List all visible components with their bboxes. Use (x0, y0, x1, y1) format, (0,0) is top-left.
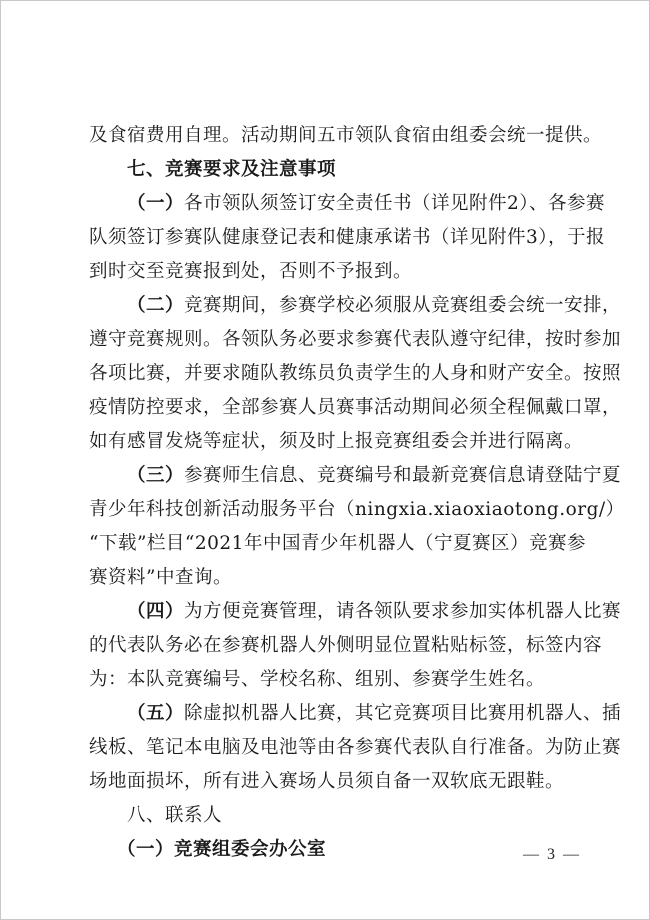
line-text: 各项比赛，并要求随队教练员负责学生的人身和财产安全。按照 (89, 357, 621, 391)
text-line: 队须签订参赛队健康登记表和健康承诺书（详见附件3），于报 (89, 221, 571, 255)
text-line: 到时交至竞赛报到处，否则不予报到。 (89, 255, 571, 289)
paragraph-start: （二）竞赛期间，参赛学校必须服从竞赛组委会统一安排， (89, 289, 571, 323)
document-page: 及食宿费用自理。活动期间五市领队食宿由组委会统一提供。 七、竞赛要求及注意事项 … (0, 0, 650, 920)
subheading-office: （一）竞赛组委会办公室 (89, 833, 571, 867)
item-label: （一） (127, 187, 184, 221)
text-line: 为：本队竞赛编号、学校名称、组别、参赛学生姓名。 (89, 663, 571, 697)
subheading-text: （一）竞赛组委会办公室 (117, 833, 326, 867)
item-label: （五） (127, 697, 184, 731)
section-heading-8: 八、联系人 (89, 799, 571, 833)
line-text: 场地面损坏，所有进入赛场人员须自备一双软底无跟鞋。 (89, 765, 564, 799)
line-text: 除虚拟机器人比赛，其它竞赛项目比赛用机器人、插 (184, 697, 621, 731)
paragraph-start: （三）参赛师生信息、竞赛编号和最新竞赛信息请登陆宁夏 (89, 459, 571, 493)
line-text: 及食宿费用自理。活动期间五市领队食宿由组委会统一提供。 (89, 119, 602, 153)
paragraph-start: （五）除虚拟机器人比赛，其它竞赛项目比赛用机器人、插 (89, 697, 571, 731)
line-text: 如有感冒发烧等症状，须及时上报竞赛组委会并进行隔离。 (89, 425, 583, 459)
paragraph-start: （四）为方便竞赛管理，请各领队要求参加实体机器人比赛 (89, 595, 571, 629)
text-line: 场地面损坏，所有进入赛场人员须自备一双软底无跟鞋。 (89, 765, 571, 799)
text-line: 青少年科技创新活动服务平台（ningxia.xiaoxiaotong.org/） (89, 493, 571, 527)
text-line: 的代表队务必在参赛机器人外侧明显位置粘贴标签，标签内容 (89, 629, 571, 663)
item-label: （四） (127, 595, 184, 629)
line-text: 青少年科技创新活动服务平台（ningxia.xiaoxiaotong.org/） (89, 493, 625, 527)
line-text: 赛资料”中查询。 (89, 561, 232, 595)
text-line: 赛资料”中查询。 (89, 561, 571, 595)
item-label: （二） (127, 289, 184, 323)
text-line: 遵守竞赛规则。各领队务必要求参赛代表队遵守纪律，按时参加 (89, 323, 571, 357)
line-text: 竞赛期间，参赛学校必须服从竞赛组委会统一安排， (184, 289, 621, 323)
heading-text: 七、竞赛要求及注意事项 (127, 153, 336, 187)
line-text: 队须签订参赛队健康登记表和健康承诺书（详见附件3），于报 (89, 221, 605, 255)
text-line: 线板、笔记本电脑及电池等由各参赛代表队自行准备。为防止赛 (89, 731, 571, 765)
line-text: 的代表队务必在参赛机器人外侧明显位置粘贴标签，标签内容 (89, 629, 602, 663)
line-text: 为方便竞赛管理，请各领队要求参加实体机器人比赛 (184, 595, 621, 629)
line-text: 为：本队竞赛编号、学校名称、组别、参赛学生姓名。 (89, 663, 545, 697)
line-text: 参赛师生信息、竞赛编号和最新竞赛信息请登陆宁夏 (184, 459, 621, 493)
text-line: “下载”栏目“2021年中国青少年机器人（宁夏赛区）竞赛参 (89, 527, 571, 561)
text-line: 及食宿费用自理。活动期间五市领队食宿由组委会统一提供。 (89, 119, 571, 153)
line-text: 遵守竞赛规则。各领队务必要求参赛代表队遵守纪律，按时参加 (89, 323, 621, 357)
line-text: 到时交至竞赛报到处，否则不予报到。 (89, 255, 412, 289)
line-text: 疫情防控要求，全部参赛人员赛事活动期间必须全程佩戴口罩， (89, 391, 621, 425)
text-line: 各项比赛，并要求随队教练员负责学生的人身和财产安全。按照 (89, 357, 571, 391)
text-line: 疫情防控要求，全部参赛人员赛事活动期间必须全程佩戴口罩， (89, 391, 571, 425)
line-text: 各市领队须签订安全责任书（详见附件2）、各参赛 (184, 187, 605, 221)
heading-text: 八、联系人 (127, 799, 222, 833)
paragraph-start: （一）各市领队须签订安全责任书（详见附件2）、各参赛 (89, 187, 571, 221)
section-heading-7: 七、竞赛要求及注意事项 (89, 153, 571, 187)
line-text: “下载”栏目“2021年中国青少年机器人（宁夏赛区）竞赛参 (89, 527, 586, 561)
item-label: （三） (127, 459, 184, 493)
page-number: — 3 — (523, 846, 581, 864)
document-body: 及食宿费用自理。活动期间五市领队食宿由组委会统一提供。 七、竞赛要求及注意事项 … (89, 119, 571, 867)
line-text: 线板、笔记本电脑及电池等由各参赛代表队自行准备。为防止赛 (89, 731, 621, 765)
text-line: 如有感冒发烧等症状，须及时上报竞赛组委会并进行隔离。 (89, 425, 571, 459)
